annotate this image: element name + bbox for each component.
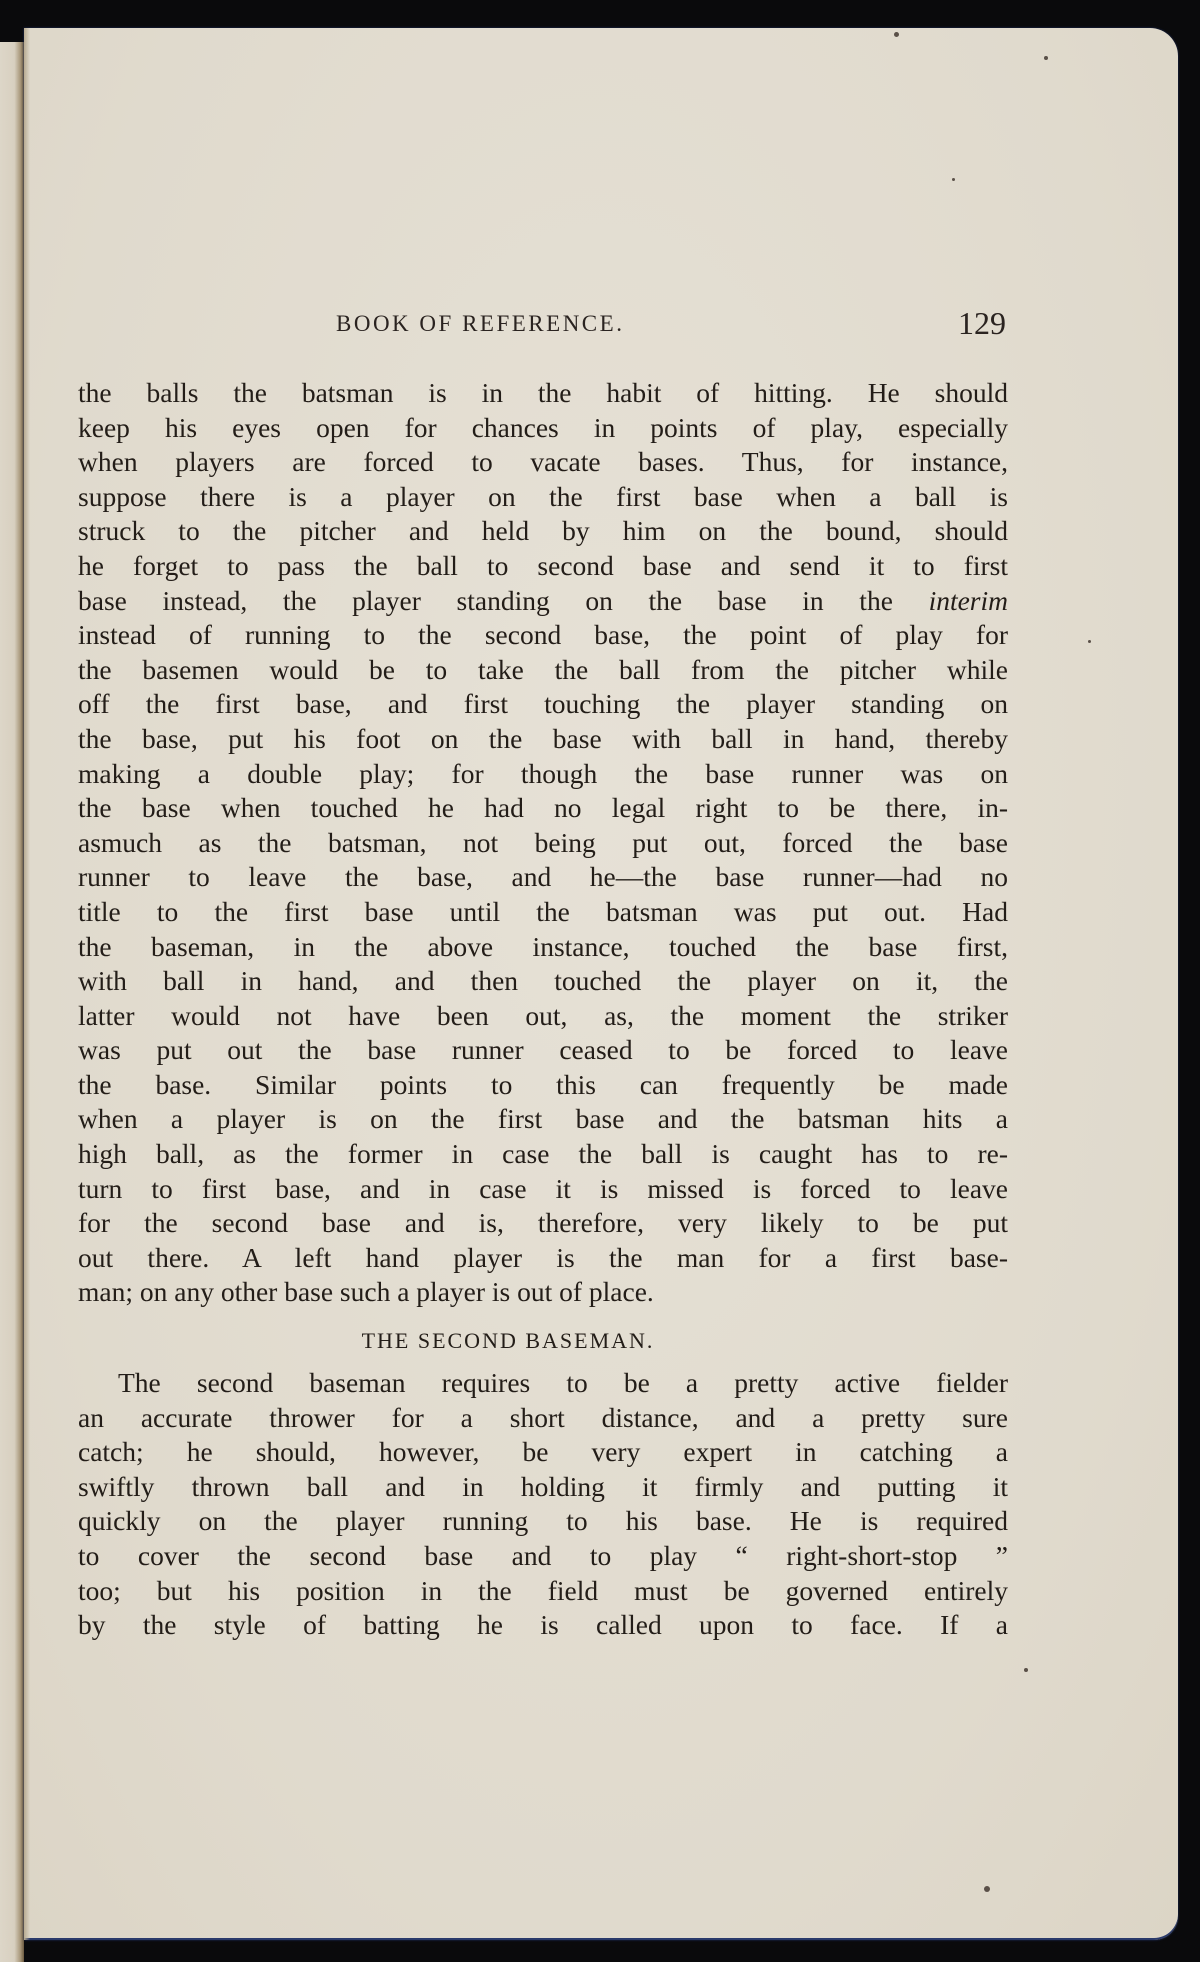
text-line: off the first base, and first touching t… bbox=[78, 687, 1008, 722]
section-heading: THE SECOND BASEMAN. bbox=[78, 1326, 1008, 1356]
text-line: latter would not have been out, as, the … bbox=[78, 999, 1008, 1034]
page-number: 129 bbox=[958, 305, 1006, 342]
text-line: too; but his position in the field must … bbox=[78, 1574, 1008, 1609]
text-line: instead of running to the second base, t… bbox=[78, 618, 1008, 653]
text-line: the baseman, in the above instance, touc… bbox=[78, 930, 1008, 965]
text-line: making a double play; for though the bas… bbox=[78, 757, 1008, 792]
text-line: man; on any other base such a player is … bbox=[78, 1275, 1008, 1310]
text-line: swiftly thrown ball and in holding it fi… bbox=[78, 1470, 1008, 1505]
text-line: suppose there is a player on the first b… bbox=[78, 480, 1008, 515]
body-text: the balls the batsman is in the habit of… bbox=[78, 376, 1008, 1643]
running-head-title: BOOK OF REFERENCE. bbox=[336, 311, 624, 337]
text-line: the basemen would be to take the ball fr… bbox=[78, 653, 1008, 688]
text-line: the base, put his foot on the base with … bbox=[78, 722, 1008, 757]
gutter-shadow bbox=[24, 28, 30, 1940]
paper-speck bbox=[1088, 640, 1091, 643]
text-line: the base. Similar points to this can fre… bbox=[78, 1068, 1008, 1103]
book-page: BOOK OF REFERENCE. 129 the balls the bat… bbox=[24, 28, 1178, 1940]
text-line-with-italic: base instead, the player standing on the… bbox=[78, 584, 1008, 619]
text-line: turn to first base, and in case it is mi… bbox=[78, 1172, 1008, 1207]
text-line: to cover the second base and to play “ r… bbox=[78, 1539, 1008, 1574]
text-line: by the style of batting he is called upo… bbox=[78, 1608, 1008, 1643]
text-line: runner to leave the base, and he—the bas… bbox=[78, 860, 1008, 895]
text-line: keep his eyes open for chances in points… bbox=[78, 411, 1008, 446]
text-line: The second baseman requires to be a pret… bbox=[78, 1366, 1008, 1401]
paper-speck bbox=[984, 1886, 990, 1892]
italic-term: interim bbox=[929, 585, 1008, 616]
text-line: struck to the pitcher and held by him on… bbox=[78, 514, 1008, 549]
text-line: an accurate thrower for a short distance… bbox=[78, 1401, 1008, 1436]
text-line: asmuch as the batsman, not being put out… bbox=[78, 826, 1008, 861]
text-line: he forget to pass the ball to second bas… bbox=[78, 549, 1008, 584]
text-line: for the second base and is, therefore, v… bbox=[78, 1206, 1008, 1241]
text-line: title to the first base until the batsma… bbox=[78, 895, 1008, 930]
text-segment: base instead, the player standing on the… bbox=[78, 585, 893, 616]
facing-page-edge bbox=[0, 42, 24, 1962]
text-line: catch; he should, however, be very exper… bbox=[78, 1435, 1008, 1470]
text-line: out there. A left hand player is the man… bbox=[78, 1241, 1008, 1276]
paper-speck bbox=[894, 32, 899, 37]
text-line: quickly on the player running to his bas… bbox=[78, 1504, 1008, 1539]
text-line: high ball, as the former in case the bal… bbox=[78, 1137, 1008, 1172]
paper-speck bbox=[952, 178, 955, 181]
text-line: was put out the base runner ceased to be… bbox=[78, 1033, 1008, 1068]
paper-speck bbox=[1024, 1668, 1028, 1672]
text-line: when players are forced to vacate bases.… bbox=[78, 445, 1008, 480]
text-line: with ball in hand, and then touched the … bbox=[78, 964, 1008, 999]
running-head: BOOK OF REFERENCE. 129 bbox=[336, 305, 1006, 345]
text-line: the base when touched he had no legal ri… bbox=[78, 791, 1008, 826]
text-line: when a player is on the first base and t… bbox=[78, 1102, 1008, 1137]
text-line: the balls the batsman is in the habit of… bbox=[78, 376, 1008, 411]
paper-speck bbox=[1044, 56, 1048, 60]
